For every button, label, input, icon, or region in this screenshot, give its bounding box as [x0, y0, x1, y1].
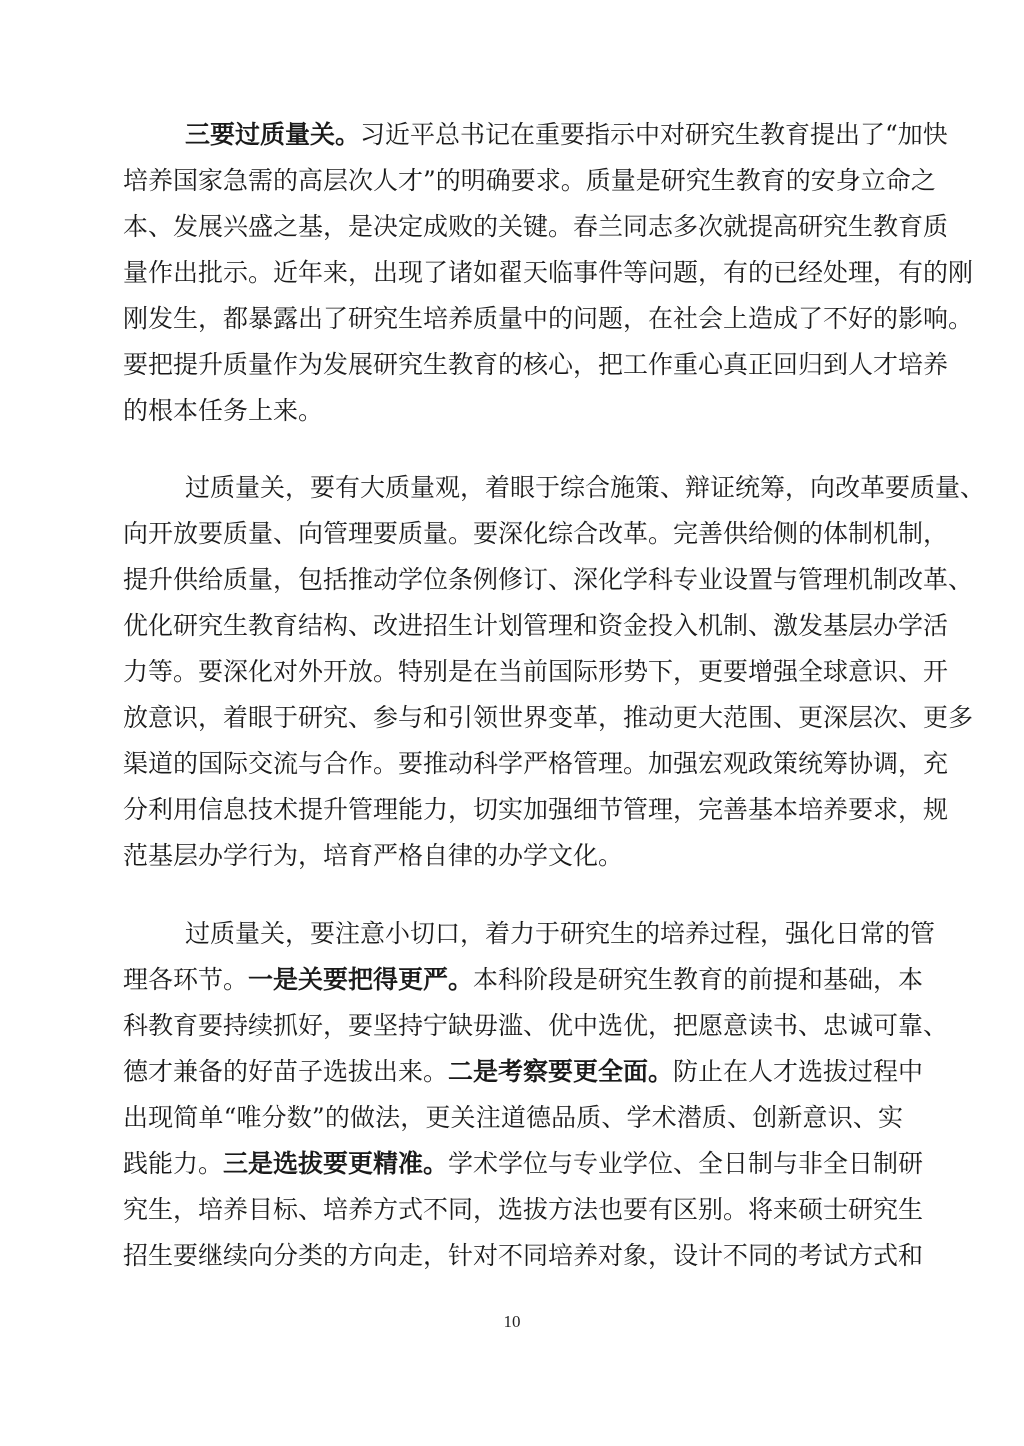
text-segment: 分利用信息技术提升管理能力，切实加强细节管理，完善基本培养要求，规 — [123, 795, 948, 824]
text-line: 理各环节。一是关要把得更严。本科阶段是研究生教育的前提和基础，本 — [123, 960, 903, 1000]
text-line: 德才兼备的好苗子选拔出来。二是考察要更全面。防止在人才选拔过程中 — [123, 1052, 903, 1092]
text-line: 本、发展兴盛之基，是决定成败的关键。春兰同志多次就提高研究生教育质 — [123, 207, 903, 247]
text-line: 究生，培养目标、培养方式不同，选拔方法也要有区别。将来硕士研究生 — [123, 1190, 903, 1230]
text-segment: 德才兼备的好苗子选拔出来。 — [123, 1057, 448, 1086]
text-segment: 的根本任务上来。 — [123, 396, 323, 425]
text-segment: 提升供给质量，包括推动学位条例修订、深化学科专业设置与管理机制改革、 — [123, 565, 973, 594]
text-line: 向开放要质量、向管理要质量。要深化综合改革。完善供给侧的体制机制， — [123, 514, 903, 554]
text-segment: 科教育要持续抓好，要坚持宁缺毋滥、优中选优，把愿意读书、忠诚可靠、 — [123, 1011, 948, 1040]
text-line: 刚发生，都暴露出了研究生培养质量中的问题，在社会上造成了不好的影响。 — [123, 299, 903, 339]
text-segment: 要把提升质量作为发展研究生教育的核心，把工作重心真正回归到人才培养 — [123, 350, 948, 379]
text-segment: 学术学位与专业学位、全日制与非全日制研 — [448, 1149, 923, 1178]
text-segment: 出现简单“唯分数”的做法，更关注道德品质、学术潜质、创新意识、实 — [123, 1103, 903, 1132]
text-segment: 究生，培养目标、培养方式不同，选拔方法也要有区别。将来硕士研究生 — [123, 1195, 923, 1224]
text-segment: 优化研究生教育结构、改进招生计划管理和资金投入机制、激发基层办学活 — [123, 611, 948, 640]
text-segment: 力等。要深化对外开放。特别是在当前国际形势下，更要增强全球意识、开 — [123, 657, 948, 686]
text-line: 的根本任务上来。 — [123, 391, 903, 431]
text-segment: 招生要继续向分类的方向走，针对不同培养对象，设计不同的考试方式和 — [123, 1241, 923, 1270]
text-segment: 放意识，着眼于研究、参与和引领世界变革，推动更大范围、更深层次、更多 — [123, 703, 973, 732]
text-line: 优化研究生教育结构、改进招生计划管理和资金投入机制、激发基层办学活 — [123, 606, 903, 646]
text-segment: 过质量关，要有大质量观，着眼于综合施策、辩证统筹，向改革要质量、 — [185, 473, 985, 502]
text-line: 科教育要持续抓好，要坚持宁缺毋滥、优中选优，把愿意读书、忠诚可靠、 — [123, 1006, 903, 1046]
document-page: 三要过质量关。习近平总书记在重要指示中对研究生教育提出了“加快 培养国家急需的高… — [0, 0, 1024, 1446]
text-segment: 习近平总书记在重要指示中对研究生教育提出了“加快 — [360, 120, 948, 149]
text-line: 量作出批示。近年来，出现了诸如翟天临事件等问题，有的已经处理，有的刚 — [123, 253, 903, 293]
text-segment: 渠道的国际交流与合作。要推动科学严格管理。加强宏观政策统筹协调，充 — [123, 749, 948, 778]
text-line: 过质量关，要注意小切口，着力于研究生的培养过程，强化日常的管 — [185, 914, 903, 954]
text-line: 招生要继续向分类的方向走，针对不同培养对象，设计不同的考试方式和 — [123, 1236, 903, 1276]
text-line: 培养国家急需的高层次人才”的明确要求。质量是研究生教育的安身立命之 — [123, 161, 903, 201]
text-line: 范基层办学行为，培育严格自律的办学文化。 — [123, 836, 903, 876]
text-line: 分利用信息技术提升管理能力，切实加强细节管理，完善基本培养要求，规 — [123, 790, 903, 830]
text-segment: 过质量关，要注意小切口，着力于研究生的培养过程，强化日常的管 — [185, 919, 935, 948]
text-line: 力等。要深化对外开放。特别是在当前国际形势下，更要增强全球意识、开 — [123, 652, 903, 692]
text-line: 要把提升质量作为发展研究生教育的核心，把工作重心真正回归到人才培养 — [123, 345, 903, 385]
text-segment: 量作出批示。近年来，出现了诸如翟天临事件等问题，有的已经处理，有的刚 — [123, 258, 973, 287]
text-segment: 防止在人才选拔过程中 — [673, 1057, 923, 1086]
text-segment: 理各环节。 — [123, 965, 248, 994]
text-line: 三要过质量关。习近平总书记在重要指示中对研究生教育提出了“加快 — [185, 115, 903, 155]
text-segment: 培养国家急需的高层次人才”的明确要求。质量是研究生教育的安身立命之 — [123, 166, 936, 195]
text-line: 渠道的国际交流与合作。要推动科学严格管理。加强宏观政策统筹协调，充 — [123, 744, 903, 784]
text-line: 过质量关，要有大质量观，着眼于综合施策、辩证统筹，向改革要质量、 — [185, 468, 903, 508]
text-line: 出现简单“唯分数”的做法，更关注道德品质、学术潜质、创新意识、实 — [123, 1098, 903, 1138]
bold-point-three: 三是选拔要更精准。 — [223, 1149, 448, 1178]
page-number: 10 — [0, 1312, 1024, 1332]
text-line: 放意识，着眼于研究、参与和引领世界变革，推动更大范围、更深层次、更多 — [123, 698, 903, 738]
text-segment: 本科阶段是研究生教育的前提和基础，本 — [473, 965, 923, 994]
text-segment: 向开放要质量、向管理要质量。要深化综合改革。完善供给侧的体制机制， — [123, 519, 948, 548]
bold-point-one: 一是关要把得更严。 — [248, 965, 473, 994]
text-segment: 范基层办学行为，培育严格自律的办学文化。 — [123, 841, 623, 870]
text-segment: 刚发生，都暴露出了研究生培养质量中的问题，在社会上造成了不好的影响。 — [123, 304, 973, 333]
text-line: 践能力。三是选拔要更精准。学术学位与专业学位、全日制与非全日制研 — [123, 1144, 903, 1184]
bold-point-two: 二是考察要更全面。 — [448, 1057, 673, 1086]
text-line: 提升供给质量，包括推动学位条例修订、深化学科专业设置与管理机制改革、 — [123, 560, 903, 600]
text-segment: 践能力。 — [123, 1149, 223, 1178]
text-segment: 本、发展兴盛之基，是决定成败的关键。春兰同志多次就提高研究生教育质 — [123, 212, 948, 241]
bold-heading: 三要过质量关。 — [185, 120, 360, 149]
